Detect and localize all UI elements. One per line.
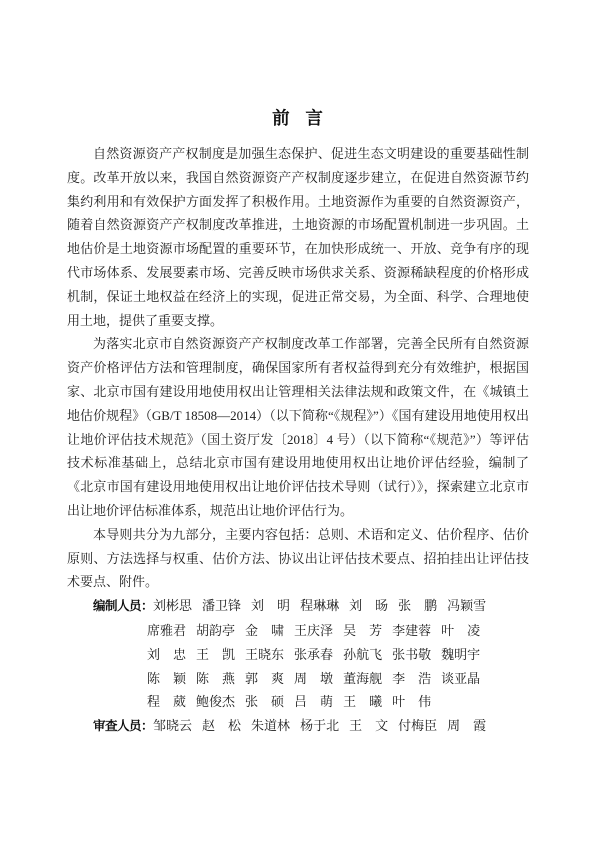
person-name: 赵 松 bbox=[202, 714, 241, 738]
person-name: 金 啸 bbox=[245, 619, 284, 643]
compilers-names-row-4: 陈 颖陈 燕郭 爽周 墩董海舰李 浩谈亚晶 bbox=[147, 667, 529, 691]
person-name: 胡韵亭 bbox=[196, 619, 235, 643]
reviewers-label: 审查人员： bbox=[93, 715, 153, 739]
person-name: 朱道林 bbox=[251, 714, 290, 738]
page-container: 前 言 自然资源资产产权制度是加强生态保护、促进生态文明建设的重要基础性制度。改… bbox=[0, 0, 595, 842]
person-name: 李建蓉 bbox=[392, 619, 431, 643]
person-name: 吴 芳 bbox=[343, 619, 382, 643]
reviewers-row: 审查人员： 邹晓云赵 松朱道林杨于北王 文付梅臣周 霞 bbox=[67, 714, 529, 739]
person-name: 冯颖雪 bbox=[447, 594, 486, 618]
paragraph-intro: 自然资源资产产权制度是加强生态保护、促进生态文明建设的重要基础性制度。改革开放以… bbox=[67, 142, 529, 332]
person-name: 刘 明 bbox=[251, 594, 290, 618]
compilers-row: 编制人员： 刘彬思潘卫锋刘 明程琳琳刘 旸张 鹏冯颖雪 bbox=[67, 594, 529, 619]
person-name: 王庆泽 bbox=[294, 619, 333, 643]
person-name: 吕 萌 bbox=[294, 690, 333, 714]
person-name: 程 葳 bbox=[147, 690, 186, 714]
person-name: 魏明宇 bbox=[441, 643, 480, 667]
person-name: 张 鹏 bbox=[398, 594, 437, 618]
person-name: 付梅臣 bbox=[398, 714, 437, 738]
person-name: 郭 爽 bbox=[245, 667, 284, 691]
page-title: 前 言 bbox=[67, 108, 529, 128]
person-name: 谈亚晶 bbox=[441, 667, 480, 691]
compilers-row: 刘 忠王 凯王晓东张承春孙航飞张书敬魏明宇 bbox=[67, 643, 529, 667]
person-name: 周 墩 bbox=[294, 667, 333, 691]
person-name: 刘 旸 bbox=[349, 594, 388, 618]
compilers-row: 程 葳鲍俊杰张 硕吕 萌王 曦叶 伟 bbox=[67, 690, 529, 714]
person-name: 鲍俊杰 bbox=[196, 690, 235, 714]
compilers-row: 席雅君胡韵亭金 啸王庆泽吴 芳李建蓉叶 凌 bbox=[67, 619, 529, 643]
person-name: 周 霞 bbox=[447, 714, 486, 738]
paragraph-background: 为落实北京市自然资源资产产权制度改革工作部署，完善全民所有自然资源资产价格评估方… bbox=[67, 332, 529, 522]
paragraph-contents: 本导则共分为九部分，主要内容包括：总则、术语和定义、估价程序、估价原则、方法选择… bbox=[67, 523, 529, 594]
person-name: 张承春 bbox=[294, 643, 333, 667]
person-name: 张书敬 bbox=[392, 643, 431, 667]
reviewers-names-row: 邹晓云赵 松朱道林杨于北王 文付梅臣周 霞 bbox=[153, 714, 529, 738]
person-name: 王 文 bbox=[349, 714, 388, 738]
compilers-section: 编制人员： 刘彬思潘卫锋刘 明程琳琳刘 旸张 鹏冯颖雪 席雅君胡韵亭金 啸王庆泽… bbox=[67, 594, 529, 714]
person-name: 董海舰 bbox=[343, 667, 382, 691]
compilers-names-row-3: 刘 忠王 凯王晓东张承春孙航飞张书敬魏明宇 bbox=[147, 643, 529, 667]
person-name: 孙航飞 bbox=[343, 643, 382, 667]
person-name: 张 硕 bbox=[245, 690, 284, 714]
compilers-row: 陈 颖陈 燕郭 爽周 墩董海舰李 浩谈亚晶 bbox=[67, 667, 529, 691]
person-name: 王 曦 bbox=[343, 690, 382, 714]
person-name: 陈 颖 bbox=[147, 667, 186, 691]
person-name: 叶 凌 bbox=[441, 619, 480, 643]
compilers-label: 编制人员： bbox=[93, 595, 153, 619]
compilers-names-row-5: 程 葳鲍俊杰张 硕吕 萌王 曦叶 伟 bbox=[147, 690, 529, 714]
person-name: 刘 忠 bbox=[147, 643, 186, 667]
person-name: 李 浩 bbox=[392, 667, 431, 691]
compilers-names-row-1: 刘彬思潘卫锋刘 明程琳琳刘 旸张 鹏冯颖雪 bbox=[153, 594, 529, 618]
person-name: 王晓东 bbox=[245, 643, 284, 667]
document-page: { "page": { "title": "前 言" }, "body": { … bbox=[0, 0, 595, 842]
person-name: 杨于北 bbox=[300, 714, 339, 738]
person-name: 潘卫锋 bbox=[202, 594, 241, 618]
compilers-names-row-2: 席雅君胡韵亭金 啸王庆泽吴 芳李建蓉叶 凌 bbox=[147, 619, 529, 643]
reviewers-section: 审查人员： 邹晓云赵 松朱道林杨于北王 文付梅臣周 霞 bbox=[67, 714, 529, 739]
person-name: 王 凯 bbox=[196, 643, 235, 667]
person-name: 陈 燕 bbox=[196, 667, 235, 691]
person-name: 程琳琳 bbox=[300, 594, 339, 618]
person-name: 刘彬思 bbox=[153, 594, 192, 618]
person-name: 邹晓云 bbox=[153, 714, 192, 738]
person-name: 席雅君 bbox=[147, 619, 186, 643]
person-name: 叶 伟 bbox=[392, 690, 431, 714]
